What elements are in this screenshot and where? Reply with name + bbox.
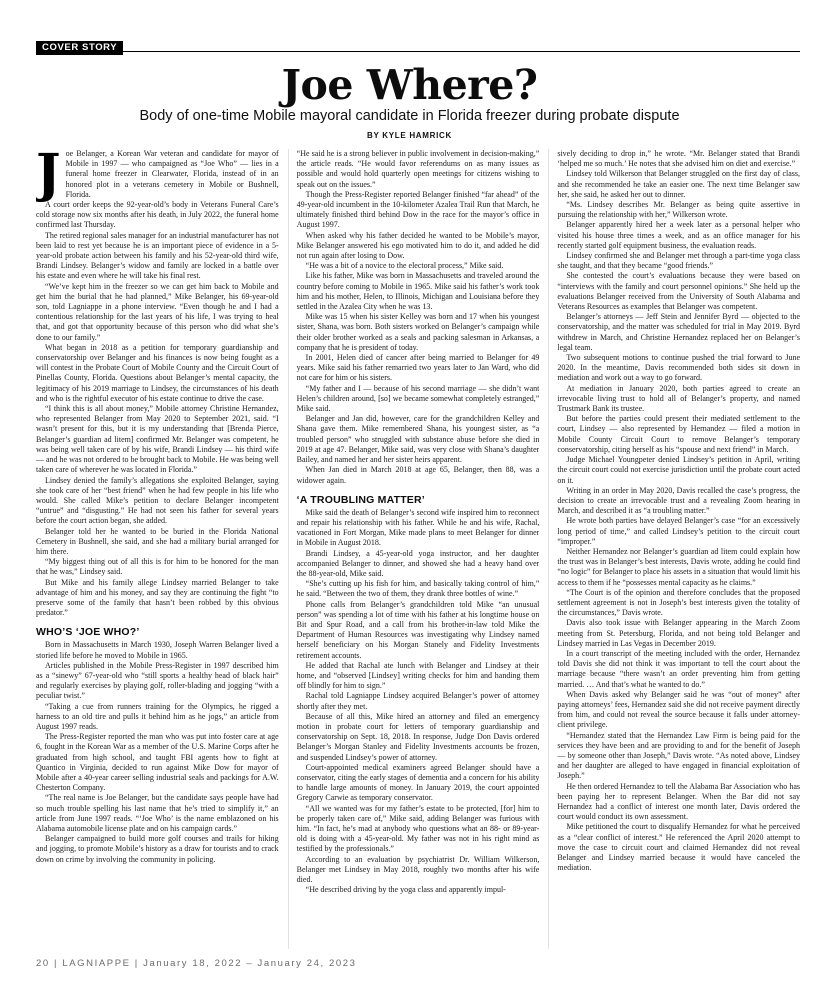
paragraph: “Taking a cue from runners training for … xyxy=(36,702,279,733)
newspaper-page: COVER STORY Joe Where? Body of one-time … xyxy=(0,0,819,1008)
paragraph: Two subsequent motions to continue pushe… xyxy=(557,353,800,384)
paragraph: “My biggest thing out of all this is for… xyxy=(36,557,279,577)
lead-paragraph: Joe Belanger, a Korean War veteran and c… xyxy=(36,149,279,200)
page-footer: 20 | LAGNIAPPE | January 18, 2022 – Janu… xyxy=(36,958,357,969)
paragraph: Mike was 15 when his sister Kelley was b… xyxy=(297,312,540,353)
paragraph: But before the parties could present the… xyxy=(557,414,800,455)
paragraph: Writing in an order in May 2020, Davis r… xyxy=(557,486,800,517)
paragraph: “He said he is a strong believer in publ… xyxy=(297,149,540,190)
paragraph: When asked why his father decided he wan… xyxy=(297,231,540,262)
paragraph: The retired regional sales manager for a… xyxy=(36,231,279,282)
paragraph: “My father and I — because of his second… xyxy=(297,384,540,415)
paragraph: The Press-Register reported the man who … xyxy=(36,732,279,793)
masthead: COVER STORY xyxy=(36,37,800,52)
article-subtitle: Body of one-time Mobile mayoral candidat… xyxy=(0,108,819,124)
paragraph: Articles published in the Mobile Press-R… xyxy=(36,661,279,702)
section-heading: WHO’S ‘JOE WHO?’ xyxy=(36,626,279,638)
paragraph: She contested the court’s evaluations be… xyxy=(557,271,800,312)
paragraph: Neither Hernandez nor Belanger’s guardia… xyxy=(557,547,800,588)
paragraph: “We’ve kept him in the freezer so we can… xyxy=(36,282,279,343)
paragraph: “All we wanted was for my father’s estat… xyxy=(297,804,540,855)
paragraph: “The Court is of the opinion and therefo… xyxy=(557,588,800,619)
column-2: “He said he is a strong believer in publ… xyxy=(288,149,540,949)
paragraph: Phone calls from Belanger’s grandchildre… xyxy=(297,600,540,661)
paragraph: “The real name is Joe Belanger, but the … xyxy=(36,793,279,834)
paragraph: He added that Rachal ate lunch with Bela… xyxy=(297,661,540,692)
paragraph: Mike petitioned the court to disqualify … xyxy=(557,822,800,873)
paragraph: At mediation in January 2020, both parti… xyxy=(557,384,800,415)
drop-cap: J xyxy=(36,149,66,197)
paragraph: Lindsey told Wilkerson that Belanger str… xyxy=(557,169,800,200)
paragraph: “I think this is all about money,” Mobil… xyxy=(36,404,279,475)
paragraph: Belanger campaigned to build more golf c… xyxy=(36,834,279,865)
paragraph: Brandi Lindsey, a 45-year-old yoga instr… xyxy=(297,549,540,580)
cover-story-tag: COVER STORY xyxy=(36,41,123,55)
paragraph: “He described driving by the yoga class … xyxy=(297,885,540,895)
paragraph: “Hernandez stated that the Hernandez Law… xyxy=(557,731,800,782)
paragraph: Belanger’s attorneys — Jeff Stein and Je… xyxy=(557,312,800,353)
article-body: Joe Belanger, a Korean War veteran and c… xyxy=(36,149,800,949)
paragraph: Judge Michael Youngpeter denied Lindsey’… xyxy=(557,455,800,486)
paragraph: What began in 2018 as a petition for tem… xyxy=(36,343,279,404)
byline: BY KYLE HAMRICK xyxy=(0,131,819,140)
article-title: Joe Where? xyxy=(0,64,819,106)
paragraph: Mike said the death of Belanger’s second… xyxy=(297,508,540,549)
paragraph: A court order keeps the 92-year-old’s bo… xyxy=(36,200,279,231)
paragraph: But Mike and his family allege Lindsey m… xyxy=(36,578,279,619)
paragraph: Because of all this, Mike hired an attor… xyxy=(297,712,540,763)
paragraph: Belanger and Jan did, however, care for … xyxy=(297,414,540,465)
lead-paragraph-text: oe Belanger, a Korean War veteran and ca… xyxy=(66,149,279,199)
paragraph: Rachal told Lagniappe Lindsey acquired B… xyxy=(297,691,540,711)
paragraph: When Davis asked why Belanger said he wa… xyxy=(557,690,800,731)
paragraph: In 2001, Helen died of cancer after bein… xyxy=(297,353,540,384)
paragraph: Born in Massachusetts in March 1930, Jos… xyxy=(36,640,279,660)
paragraph: Belanger apparently hired her a week lat… xyxy=(557,220,800,251)
paragraph: He wrote both parties have delayed Belan… xyxy=(557,516,800,547)
paragraph: “She’s cutting up his fish for him, and … xyxy=(297,579,540,599)
paragraph: He then ordered Hernandez to tell the Al… xyxy=(557,782,800,823)
paragraph: Like his father, Mike was born in Massac… xyxy=(297,271,540,312)
paragraph: “Ms. Lindsey describes Mr. Belanger as b… xyxy=(557,200,800,220)
section-heading: ‘A TROUBLING MATTER’ xyxy=(297,494,540,506)
paragraph: When Jan died in March 2018 at age 65, B… xyxy=(297,465,540,485)
column-3: sively deciding to drop in,” he wrote. “… xyxy=(548,149,800,949)
paragraph: Lindsey denied the family’s allegations … xyxy=(36,476,279,527)
paragraph: In a court transcript of the meeting inc… xyxy=(557,649,800,690)
paragraph: According to an evaluation by psychiatri… xyxy=(297,855,540,886)
paragraph: Lindsey confirmed she and Belanger met t… xyxy=(557,251,800,271)
paragraph: “He was a bit of a novice to the elector… xyxy=(297,261,540,271)
paragraph: Though the Press-Register reported Belan… xyxy=(297,190,540,231)
paragraph: Court-appointed medical examiners agreed… xyxy=(297,763,540,804)
paragraph: Davis also took issue with Belanger appe… xyxy=(557,618,800,649)
column-1: Joe Belanger, a Korean War veteran and c… xyxy=(36,149,279,949)
paragraph: Belanger told her he wanted to be buried… xyxy=(36,527,279,558)
paragraph: sively deciding to drop in,” he wrote. “… xyxy=(557,149,800,169)
